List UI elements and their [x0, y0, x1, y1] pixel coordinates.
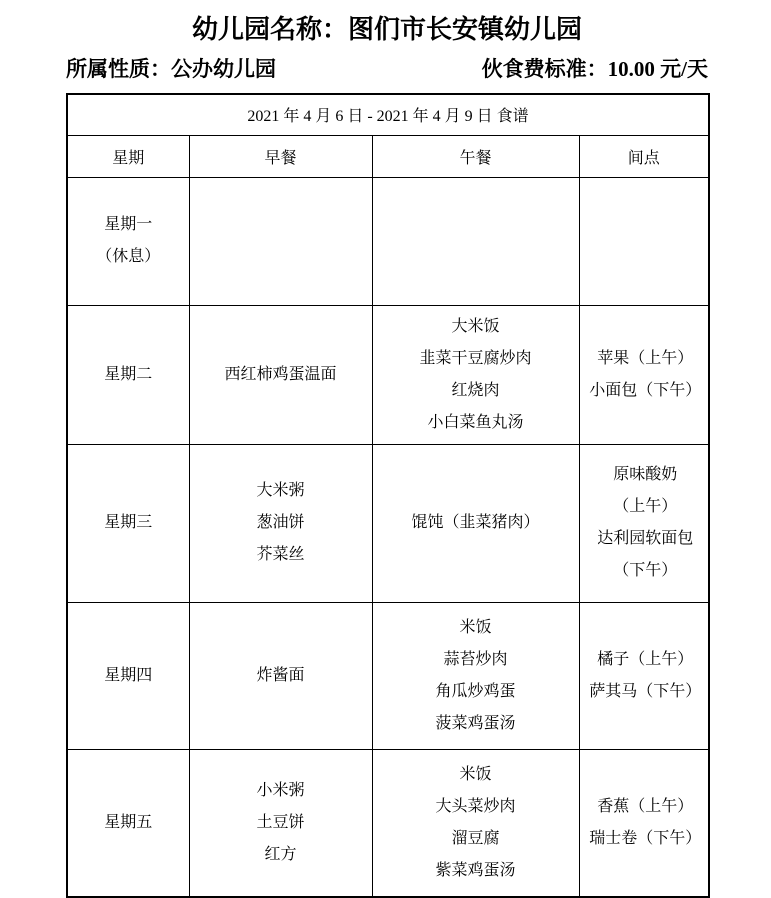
day-cell: 星期五 [67, 749, 189, 897]
table-row-wednesday: 星期三 大米粥 葱油饼 芥菜丝 馄饨（韭菜猪肉） 原味酸奶 （上午） 达利园软面… [67, 444, 709, 602]
document-content: 幼儿园名称：图们市长安镇幼儿园 所属性质：公办幼儿园 伙食费标准：10.00 元… [66, 0, 708, 898]
menu-item: 瑞士卷（下午） [585, 823, 707, 855]
breakfast-cell: 炸酱面 [189, 602, 372, 749]
snack-cell [579, 177, 709, 305]
table-row-tuesday: 星期二 西红柿鸡蛋温面 大米饭 韭菜干豆腐炒肉 红烧肉 小白菜鱼丸汤 苹果（上午… [67, 305, 709, 444]
menu-item: 炸酱面 [190, 660, 372, 692]
menu-item: 小面包（下午） [585, 375, 707, 407]
menu-item: 韭菜干豆腐炒肉 [373, 343, 579, 375]
snack-cell: 原味酸奶 （上午） 达利园软面包 （下午） [579, 444, 709, 602]
column-header-day: 星期 [67, 135, 189, 177]
table-caption-row: 2021 年 4 月 6 日 - 2021 年 4 月 9 日 食谱 [67, 94, 709, 135]
breakfast-cell: 大米粥 葱油饼 芥菜丝 [189, 444, 372, 602]
lunch-cell: 米饭 大头菜炒肉 溜豆腐 紫菜鸡蛋汤 [372, 749, 579, 897]
menu-item: 米饭 [373, 612, 579, 644]
menu-item: 原味酸奶 [585, 459, 707, 491]
lunch-cell [372, 177, 579, 305]
breakfast-cell: 西红柿鸡蛋温面 [189, 305, 372, 444]
lunch-cell: 馄饨（韭菜猪肉） [372, 444, 579, 602]
lunch-cell: 米饭 蒜苔炒肉 角瓜炒鸡蛋 菠菜鸡蛋汤 [372, 602, 579, 749]
breakfast-cell [189, 177, 372, 305]
menu-item: 土豆饼 [190, 807, 372, 839]
table-header-row: 星期 早餐 午餐 间点 [67, 135, 709, 177]
menu-item: 香蕉（上午） [585, 791, 707, 823]
menu-item: 红烧肉 [373, 375, 579, 407]
day-cell: 星期四 [67, 602, 189, 749]
menu-item: 西红柿鸡蛋温面 [190, 359, 372, 391]
menu-item: 达利园软面包 [585, 523, 707, 555]
menu-item: 芥菜丝 [190, 539, 372, 571]
table-row-monday: 星期一 （休息） [67, 177, 709, 305]
column-header-breakfast: 早餐 [189, 135, 372, 177]
document-subheader: 所属性质：公办幼儿园 伙食费标准：10.00 元/天 [66, 53, 708, 83]
menu-item: 菠菜鸡蛋汤 [373, 708, 579, 740]
menu-item: 紫菜鸡蛋汤 [373, 855, 579, 887]
day-cell: 星期三 [67, 444, 189, 602]
day-label: 星期四 [68, 660, 189, 692]
menu-item: 萨其马（下午） [585, 676, 707, 708]
fee-standard-label: 伙食费标准：10.00 元/天 [482, 53, 708, 83]
menu-item: 红方 [190, 839, 372, 871]
weekly-menu-table: 2021 年 4 月 6 日 - 2021 年 4 月 9 日 食谱 星期 早餐… [66, 93, 710, 898]
menu-item: 苹果（上午） [585, 343, 707, 375]
snack-cell: 香蕉（上午） 瑞士卷（下午） [579, 749, 709, 897]
lunch-cell: 大米饭 韭菜干豆腐炒肉 红烧肉 小白菜鱼丸汤 [372, 305, 579, 444]
menu-item: 小米粥 [190, 775, 372, 807]
kindergarten-title: 幼儿园名称：图们市长安镇幼儿园 [66, 9, 708, 46]
day-cell: 星期二 [67, 305, 189, 444]
menu-item: 溜豆腐 [373, 823, 579, 855]
property-label: 所属性质：公办幼儿园 [66, 53, 276, 83]
day-label: 星期二 [68, 359, 189, 391]
menu-item: （下午） [585, 555, 707, 587]
column-header-snack: 间点 [579, 135, 709, 177]
menu-item: 蒜苔炒肉 [373, 644, 579, 676]
table-row-friday: 星期五 小米粥 土豆饼 红方 米饭 大头菜炒肉 溜豆腐 紫菜鸡蛋汤 香蕉（上 [67, 749, 709, 897]
breakfast-cell: 小米粥 土豆饼 红方 [189, 749, 372, 897]
snack-cell: 苹果（上午） 小面包（下午） [579, 305, 709, 444]
menu-item: 橘子（上午） [585, 644, 707, 676]
menu-item: 葱油饼 [190, 507, 372, 539]
day-cell: 星期一 （休息） [67, 177, 189, 305]
day-label: 星期五 [68, 807, 189, 839]
menu-item: 小白菜鱼丸汤 [373, 407, 579, 439]
menu-item: 角瓜炒鸡蛋 [373, 676, 579, 708]
menu-item: （上午） [585, 491, 707, 523]
table-row-thursday: 星期四 炸酱面 米饭 蒜苔炒肉 角瓜炒鸡蛋 菠菜鸡蛋汤 橘子（上午） 萨其马（下… [67, 602, 709, 749]
menu-item: 大头菜炒肉 [373, 791, 579, 823]
snack-cell: 橘子（上午） 萨其马（下午） [579, 602, 709, 749]
day-label: 星期三 [68, 507, 189, 539]
menu-item: 米饭 [373, 759, 579, 791]
date-range-caption: 2021 年 4 月 6 日 - 2021 年 4 月 9 日 食谱 [67, 94, 709, 135]
column-header-lunch: 午餐 [372, 135, 579, 177]
menu-item: 大米饭 [373, 311, 579, 343]
menu-item: 馄饨（韭菜猪肉） [373, 507, 579, 539]
document-page: 幼儿园名称：图们市长安镇幼儿园 所属性质：公办幼儿园 伙食费标准：10.00 元… [0, 0, 771, 898]
day-label: 星期一 [68, 209, 189, 241]
menu-item: 大米粥 [190, 475, 372, 507]
day-note: （休息） [68, 241, 189, 273]
